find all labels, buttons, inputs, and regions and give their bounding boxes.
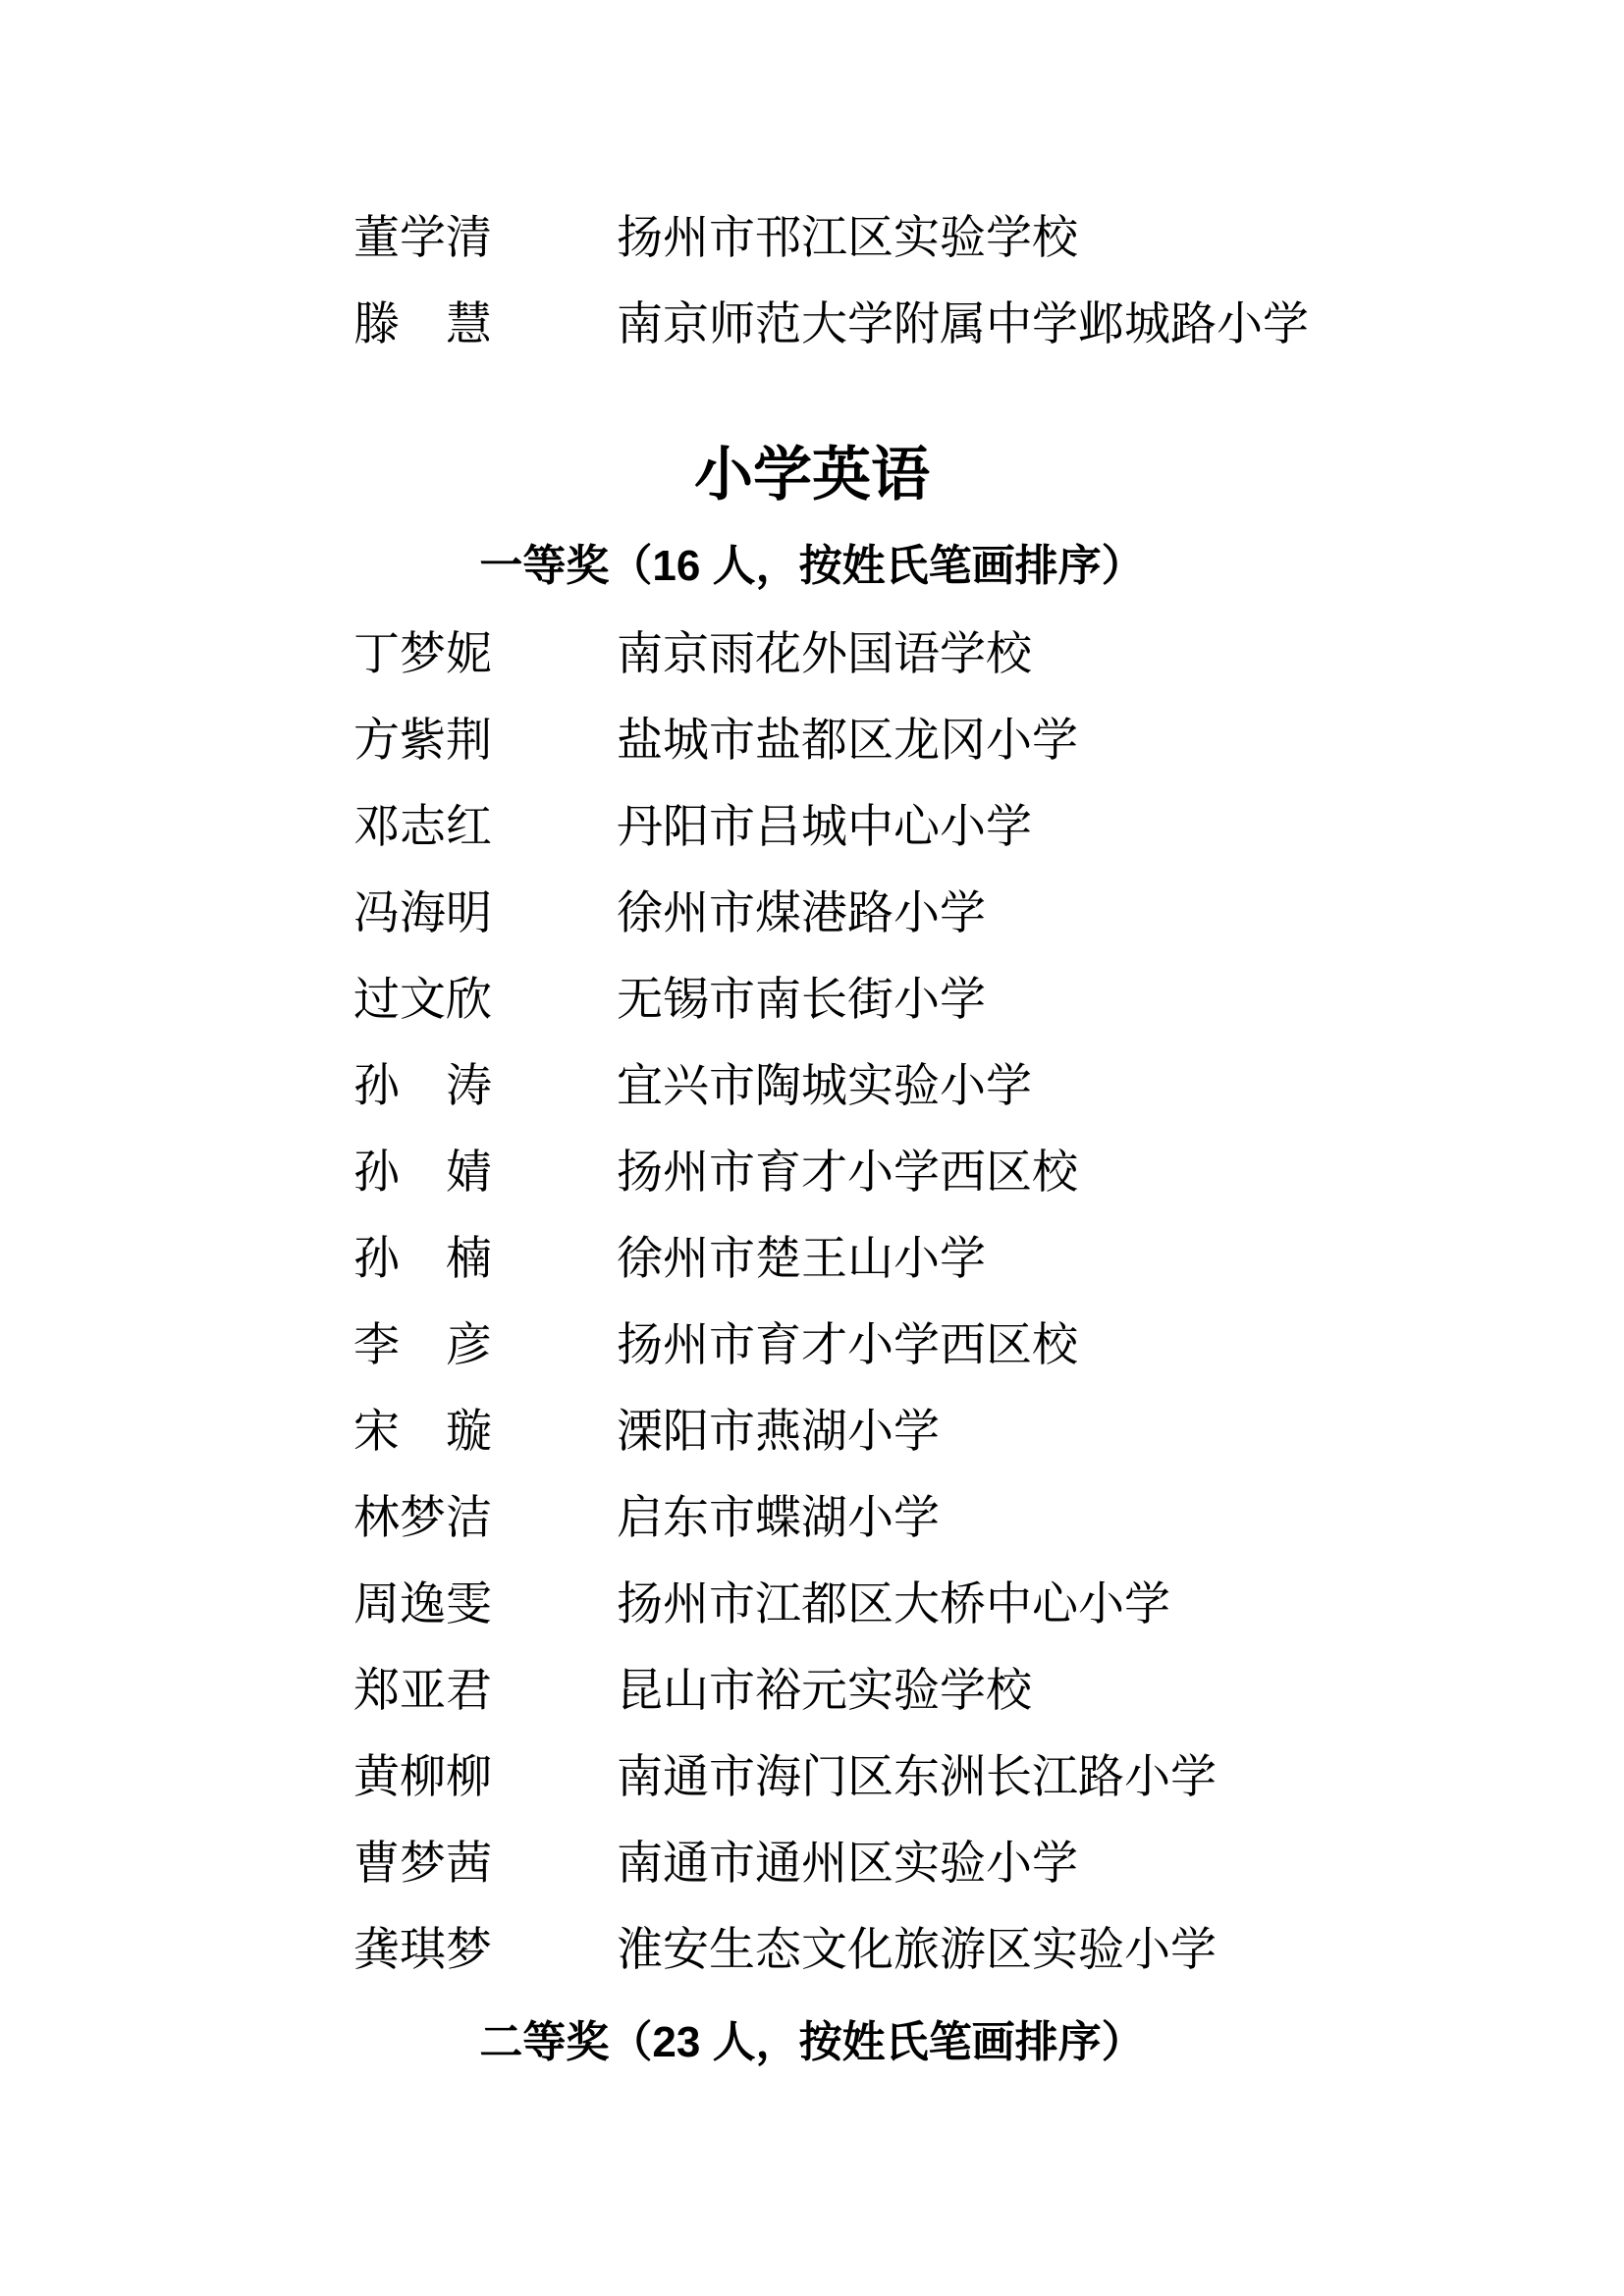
awardee-name: 孙 婧 — [353, 1148, 617, 1198]
awardee-school: 溧阳市燕湖小学 — [617, 1408, 940, 1457]
award-entry-row: 丁梦妮南京雨花外国语学校 — [0, 630, 1624, 679]
awardee-name: 方紫荆 — [353, 717, 617, 766]
document-content: 董学清扬州市邗江区实验学校 滕 慧南京师范大学附属中学邺城路小学 小学英语 一等… — [0, 0, 1624, 2066]
award-entry-row: 孙 婧扬州市育才小学西区校 — [0, 1148, 1624, 1198]
award-entry-row: 龚琪梦淮安生态文化旅游区实验小学 — [0, 1926, 1624, 1975]
award-entry-row: 董学清扬州市邗江区实验学校 — [0, 214, 1624, 263]
award-entry-row: 方紫荆盐城市盐都区龙冈小学 — [0, 717, 1624, 766]
awardee-name: 董学清 — [353, 214, 617, 263]
awardee-name: 丁梦妮 — [353, 630, 617, 679]
first-prize-list: 丁梦妮南京雨花外国语学校 方紫荆盐城市盐都区龙冈小学 邓志红丹阳市吕城中心小学 … — [0, 630, 1624, 1975]
awardee-school: 启东市蝶湖小学 — [617, 1494, 940, 1543]
awardee-school: 昆山市裕元实验学校 — [617, 1667, 1032, 1716]
award-entry-row: 林梦洁启东市蝶湖小学 — [0, 1494, 1624, 1543]
awardee-school: 南通市海门区东洲长江路小学 — [617, 1753, 1217, 1802]
awardee-school: 南通市通州区实验小学 — [617, 1840, 1078, 1889]
awardee-school: 南京雨花外国语学校 — [617, 630, 1032, 679]
awardee-name: 曹梦茜 — [353, 1840, 617, 1889]
award-entry-row: 黄柳柳南通市海门区东洲长江路小学 — [0, 1753, 1624, 1802]
awardee-school: 徐州市楚王山小学 — [617, 1235, 986, 1284]
awardee-school: 无锡市南长街小学 — [617, 976, 986, 1025]
awardee-name: 郑亚君 — [353, 1667, 617, 1716]
awardee-name: 林梦洁 — [353, 1494, 617, 1543]
section-title: 小学英语 — [0, 443, 1624, 507]
awardee-name: 孙 楠 — [353, 1235, 617, 1284]
awardee-name: 龚琪梦 — [353, 1926, 617, 1975]
award-entry-row: 李 彦扬州市育才小学西区校 — [0, 1321, 1624, 1370]
second-prize-heading: 二等奖（23 人，按姓氏笔画排序） — [0, 2019, 1624, 2066]
awardee-name: 黄柳柳 — [353, 1753, 617, 1802]
awardee-name: 孙 涛 — [353, 1062, 617, 1111]
awardee-school: 盐城市盐都区龙冈小学 — [617, 717, 1078, 766]
awardee-school: 南京师范大学附属中学邺城路小学 — [617, 300, 1309, 349]
awardee-school: 扬州市邗江区实验学校 — [617, 214, 1078, 263]
awardee-name: 滕 慧 — [353, 300, 617, 349]
award-entry-row: 曹梦茜南通市通州区实验小学 — [0, 1840, 1624, 1889]
awardee-school: 宜兴市陶城实验小学 — [617, 1062, 1032, 1111]
awardee-school: 淮安生态文化旅游区实验小学 — [617, 1926, 1217, 1975]
awardee-name: 过文欣 — [353, 976, 617, 1025]
award-entry-row: 郑亚君昆山市裕元实验学校 — [0, 1667, 1624, 1716]
award-entry-row: 过文欣无锡市南长街小学 — [0, 976, 1624, 1025]
first-prize-heading: 一等奖（16 人，按姓氏笔画排序） — [0, 543, 1624, 590]
award-entry-row: 滕 慧南京师范大学附属中学邺城路小学 — [0, 300, 1624, 349]
document-page: 董学清扬州市邗江区实验学校 滕 慧南京师范大学附属中学邺城路小学 小学英语 一等… — [0, 0, 1624, 2296]
awardee-school: 扬州市育才小学西区校 — [617, 1148, 1078, 1198]
awardee-name: 周逸雯 — [353, 1580, 617, 1629]
award-entry-row: 孙 楠徐州市楚王山小学 — [0, 1235, 1624, 1284]
previous-section-list: 董学清扬州市邗江区实验学校 滕 慧南京师范大学附属中学邺城路小学 — [0, 214, 1624, 349]
award-entry-row: 孙 涛宜兴市陶城实验小学 — [0, 1062, 1624, 1111]
award-entry-row: 邓志红丹阳市吕城中心小学 — [0, 803, 1624, 852]
awardee-name: 宋 璇 — [353, 1408, 617, 1457]
awardee-school: 扬州市江都区大桥中心小学 — [617, 1580, 1170, 1629]
awardee-name: 冯海明 — [353, 889, 617, 938]
awardee-school: 徐州市煤港路小学 — [617, 889, 986, 938]
awardee-school: 丹阳市吕城中心小学 — [617, 803, 1032, 852]
awardee-name: 李 彦 — [353, 1321, 617, 1370]
award-entry-row: 冯海明徐州市煤港路小学 — [0, 889, 1624, 938]
award-entry-row: 宋 璇溧阳市燕湖小学 — [0, 1408, 1624, 1457]
awardee-school: 扬州市育才小学西区校 — [617, 1321, 1078, 1370]
award-entry-row: 周逸雯扬州市江都区大桥中心小学 — [0, 1580, 1624, 1629]
awardee-name: 邓志红 — [353, 803, 617, 852]
